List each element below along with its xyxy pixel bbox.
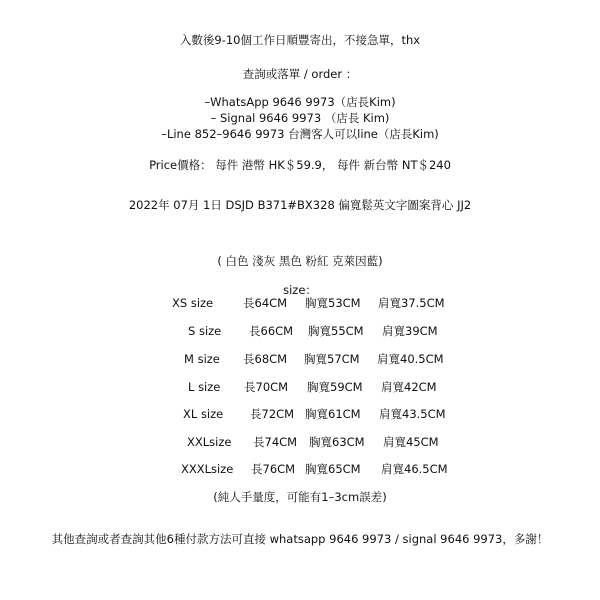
size-length: 長66CM (249, 323, 293, 339)
measurement-note: (純人手量度，可能有1–3cm誤差) (0, 489, 600, 505)
size-row: S size 長66CM 胸寬55CM 肩寬39CM (0, 323, 600, 339)
size-label: M size (184, 351, 220, 367)
size-label: XL size (183, 406, 223, 422)
size-chest: 胸寬55CM (308, 323, 364, 339)
size-row: L size 長70CM 胸寬59CM 肩寬42CM (0, 379, 600, 395)
size-length: 長64CM (243, 295, 287, 311)
size-row: XL size 長72CM 胸寬61CM 肩寬43.5CM (0, 406, 600, 422)
contact-whatsapp: –WhatsApp 9646 9973（店長Kim) (0, 94, 600, 110)
size-shoulder: 肩寬43.5CM (379, 406, 446, 422)
shipping-notice: 入數後9-10個工作日順豐寄出，不接急單，thx (0, 32, 600, 48)
size-row: XXLsize 長74CM 胸寬63CM 肩寬45CM (0, 434, 600, 450)
size-shoulder: 肩寬40.5CM (377, 351, 444, 367)
size-shoulder: 肩寬46.5CM (381, 461, 448, 477)
size-length: 長68CM (243, 351, 287, 367)
size-label: XS size (172, 295, 213, 311)
size-length: 長72CM (250, 406, 294, 422)
size-length: 長74CM (253, 434, 297, 450)
size-length: 長76CM (251, 461, 295, 477)
footer-contact: 其他查詢或者查詢其他6種付款方法可直接 whatsapp 9646 9973 /… (0, 531, 600, 547)
size-label: XXXLsize (181, 461, 233, 477)
product-info: 2022年 07月 1日 DSJD B371#BX328 偏寬鬆英文字圖案背心 … (0, 197, 600, 213)
size-shoulder: 肩寬45CM (383, 434, 439, 450)
order-heading: 查詢或落單 / order ： (0, 66, 600, 82)
size-row: M size 長68CM 胸寬57CM 肩寬40.5CM (0, 351, 600, 367)
color-options: ( 白色 淺灰 黑色 粉紅 克萊因藍) (0, 253, 600, 269)
contact-line: –Line 852–9646 9973 台灣客人可以line（店長Kim) (0, 126, 600, 142)
size-shoulder: 肩寬42CM (381, 379, 437, 395)
size-chest: 胸寬63CM (309, 434, 365, 450)
contact-signal: – Signal 9646 9973 （店長 Kim) (0, 110, 600, 126)
size-row: XXXLsize 長76CM 胸寬65CM 肩寬46.5CM (0, 461, 600, 477)
size-shoulder: 肩寬37.5CM (378, 295, 445, 311)
size-label: S size (188, 323, 221, 339)
size-label: XXLsize (187, 434, 231, 450)
price-info: Price價格： 每件 港幣 HK＄59.9， 每件 新台幣 NT＄240 (0, 157, 600, 173)
size-shoulder: 肩寬39CM (382, 323, 438, 339)
size-length: 長70CM (244, 379, 288, 395)
size-chest: 胸寬59CM (307, 379, 363, 395)
size-chest: 胸寬53CM (305, 295, 361, 311)
size-chest: 胸寬57CM (304, 351, 360, 367)
size-row: XS size 長64CM 胸寬53CM 肩寬37.5CM (0, 295, 600, 311)
size-chest: 胸寬61CM (305, 406, 361, 422)
size-label: L size (188, 379, 220, 395)
size-chest: 胸寬65CM (305, 461, 361, 477)
